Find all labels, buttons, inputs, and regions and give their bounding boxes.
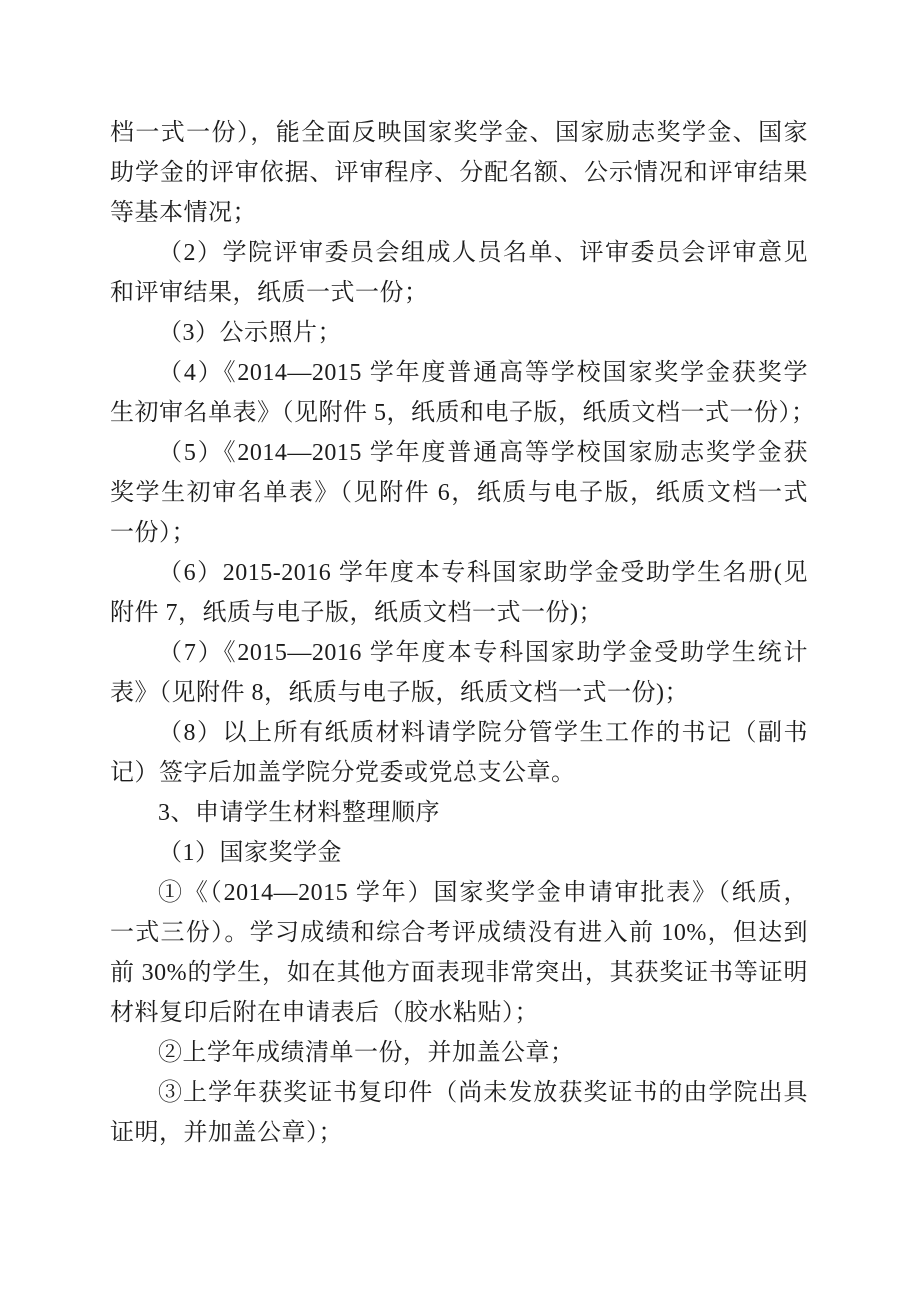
text-line: 材料复印后附在申请表后（胶水粘贴）； xyxy=(110,993,808,1033)
text-line: （1）国家奖学金 xyxy=(110,833,808,873)
text-line: 生初审名单表》（见附件 5，纸质和电子版，纸质文档一式一份）； xyxy=(110,393,808,433)
text-line: （4）《2014—2015 学年度普通高等学校国家奖学金获奖学 xyxy=(110,353,808,393)
text-line: 等基本情况； xyxy=(110,193,808,233)
text-line: 记）签字后加盖学院分党委或党总支公章。 xyxy=(110,753,808,793)
document-body: 档一式一份），能全面反映国家奖学金、国家励志奖学金、国家助学金的评审依据、评审程… xyxy=(110,113,808,1153)
text-line: ②上学年成绩清单一份，并加盖公章； xyxy=(110,1033,808,1073)
text-line: 一式三份）。学习成绩和综合考评成绩没有进入前 10%，但达到 xyxy=(110,913,808,953)
text-line: 一份）； xyxy=(110,513,808,553)
text-line: 和评审结果，纸质一式一份； xyxy=(110,273,808,313)
text-line: 档一式一份），能全面反映国家奖学金、国家励志奖学金、国家 xyxy=(110,113,808,153)
document-screenshot: { "page": { "background": "#ffffff", "te… xyxy=(0,0,918,1298)
text-line: 附件 7，纸质与电子版，纸质文档一式一份)； xyxy=(110,593,808,633)
text-line: 表》（见附件 8，纸质与电子版，纸质文档一式一份)； xyxy=(110,673,808,713)
text-line: （6）2015-2016 学年度本专科国家助学金受助学生名册(见 xyxy=(110,553,808,593)
text-line: （3）公示照片； xyxy=(110,313,808,353)
text-line: 证明，并加盖公章）； xyxy=(110,1113,808,1153)
text-line: 前 30%的学生，如在其他方面表现非常突出，其获奖证书等证明 xyxy=(110,953,808,993)
text-line: （7）《2015—2016 学年度本专科国家助学金受助学生统计 xyxy=(110,633,808,673)
text-line: 3、申请学生材料整理顺序 xyxy=(110,793,808,833)
text-line: ①《（2014—2015 学年）国家奖学金申请审批表》（纸质， xyxy=(110,873,808,913)
text-line: （5）《2014—2015 学年度普通高等学校国家励志奖学金获 xyxy=(110,433,808,473)
text-line: 奖学生初审名单表》（见附件 6，纸质与电子版，纸质文档一式 xyxy=(110,473,808,513)
document-page: 档一式一份），能全面反映国家奖学金、国家励志奖学金、国家助学金的评审依据、评审程… xyxy=(0,0,918,1298)
text-line: ③上学年获奖证书复印件（尚未发放获奖证书的由学院出具 xyxy=(110,1073,808,1113)
text-line: 助学金的评审依据、评审程序、分配名额、公示情况和评审结果 xyxy=(110,153,808,193)
text-line: （2）学院评审委员会组成人员名单、评审委员会评审意见 xyxy=(110,233,808,273)
text-line: （8）以上所有纸质材料请学院分管学生工作的书记（副书 xyxy=(110,713,808,753)
